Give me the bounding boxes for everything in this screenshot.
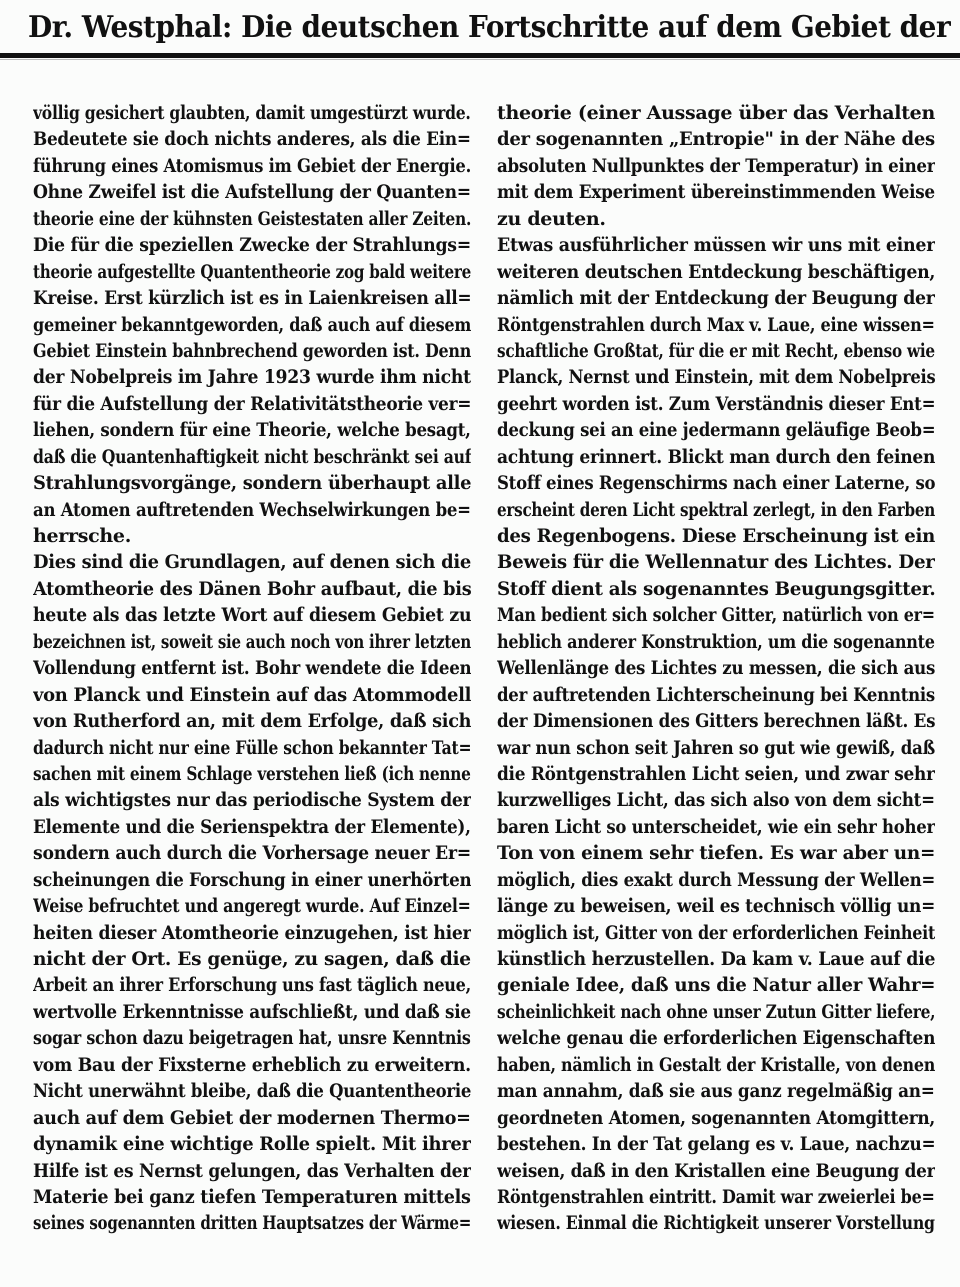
text-line: bestehen. In der Tat gelang es v. Laue, … — [497, 1131, 935, 1157]
text-line: achtung erinnert. Blickt man durch den f… — [497, 444, 935, 470]
text-line: man annahm, daß sie aus ganz regelmäßig … — [497, 1078, 935, 1104]
text-line: herrsche. — [33, 523, 471, 549]
text-line: Gebiet Einstein bahnbrechend geworden is… — [33, 338, 471, 364]
text-line: schaftliche Großtat, für die er mit Rech… — [497, 338, 935, 364]
text-line: scheinlichkeit nach ohne unser Zutun Git… — [497, 999, 935, 1025]
text-line: weiteren deutschen Entdeckung beschäftig… — [497, 259, 935, 285]
text-line: theorie eine der kühnsten Geistestaten a… — [33, 206, 471, 232]
text-line: heblich anderer Konstruktion, um die sog… — [497, 629, 935, 655]
text-line: möglich, dies exakt durch Messung der We… — [497, 867, 935, 893]
text-line: geniale Idee, daß uns die Natur aller Wa… — [497, 972, 935, 998]
text-line: heute als das letzte Wort auf diesem Geb… — [33, 602, 471, 628]
text-line: deckung sei an eine jedermann geläufige … — [497, 417, 935, 443]
text-line: Beweis für die Wellennatur des Lichtes. … — [497, 549, 935, 575]
text-line: wertvolle Erkenntnisse aufschließt, und … — [33, 999, 471, 1025]
text-line: Vollendung entfernt ist. Bohr wendete di… — [33, 655, 471, 681]
text-line: theorie (einer Aussage über das Verhalte… — [497, 100, 935, 126]
text-line: seines sogenannten dritten Hauptsatzes d… — [33, 1210, 471, 1236]
text-line: nämlich mit der Entdeckung der Beugung d… — [497, 285, 935, 311]
text-line: länge zu beweisen, weil es technisch völ… — [497, 893, 935, 919]
text-line: sachen mit einem Schlage verstehen ließ … — [33, 761, 471, 787]
text-line: dadurch nicht nur eine Fülle schon bekan… — [33, 735, 471, 761]
text-line: Röntgenstrahlen durch Max v. Laue, eine … — [497, 312, 935, 338]
text-line: der Dimensionen des Gitters berechnen lä… — [497, 708, 935, 734]
text-line: baren Licht so unterscheidet, wie ein se… — [497, 814, 935, 840]
text-line: erscheint deren Licht spektral zerlegt, … — [497, 497, 935, 523]
text-line: weisen, daß in den Kristallen eine Beugu… — [497, 1158, 935, 1184]
text-line: des Regenbogens. Diese Erscheinung ist e… — [497, 523, 935, 549]
text-line: zu deuten. — [497, 206, 935, 232]
text-line: Röntgenstrahlen eintritt. Damit war zwei… — [497, 1184, 935, 1210]
text-line: nicht der Ort. Es genüge, zu sagen, daß … — [33, 946, 471, 972]
text-line: Dies sind die Grundlagen, auf denen sich… — [33, 549, 471, 575]
text-line: gemeiner bekanntgeworden, daß auch auf d… — [33, 312, 471, 338]
text-line: sogar schon dazu beigetragen hat, unsre … — [33, 1025, 471, 1051]
text-line: künstlich herzustellen. Da kam v. Laue a… — [497, 946, 935, 972]
text-line: möglich ist, Gitter von der erforderlich… — [497, 920, 935, 946]
text-line: scheinungen die Forschung in einer unerh… — [33, 867, 471, 893]
text-line: Bedeutete sie doch nichts anderes, als d… — [33, 126, 471, 152]
text-line: der auftretenden Lichterscheinung bei Ke… — [497, 682, 935, 708]
body-columns: völlig gesichert glaubten, damit umgestü… — [33, 100, 934, 1237]
text-line: der sogenannten „Entropie" in der Nähe d… — [497, 126, 935, 152]
text-line: Arbeit an ihrer Erforschung uns fast täg… — [33, 972, 471, 998]
text-line: führung eines Atomismus im Gebiet der En… — [33, 153, 471, 179]
text-line: auch auf dem Gebiet der modernen Thermo= — [33, 1105, 471, 1131]
text-line: sondern auch durch die Vorhersage neuer … — [33, 840, 471, 866]
text-line: Man bedient sich solcher Gitter, natürli… — [497, 602, 935, 628]
text-line: Weise befruchtet und angeregt wurde. Auf… — [33, 893, 471, 919]
text-line: welche genau die erforderlichen Eigensch… — [497, 1025, 935, 1051]
text-line: Strahlungsvorgänge, sondern überhaupt al… — [33, 470, 471, 496]
page-header: Dr. Westphal: Die deutschen Fortschritte… — [28, 4, 932, 50]
header-rule-shadow — [0, 59, 960, 60]
running-title: Dr. Westphal: Die deutschen Fortschritte… — [28, 10, 960, 45]
text-line: kurzwelliges Licht, das sich also von de… — [497, 787, 935, 813]
text-line: Die für die speziellen Zwecke der Strahl… — [33, 232, 471, 258]
text-line: geehrt worden ist. Zum Verständnis diese… — [497, 391, 935, 417]
text-line: für die Aufstellung der Relativitätstheo… — [33, 391, 471, 417]
text-line: von Rutherford an, mit dem Erfolge, daß … — [33, 708, 471, 734]
text-line: Hilfe ist es Nernst gelungen, das Verhal… — [33, 1158, 471, 1184]
text-line: Atomtheorie des Dänen Bohr aufbaut, die … — [33, 576, 471, 602]
text-line: Stoff eines Regenschirms nach einer Late… — [497, 470, 935, 496]
text-line: absoluten Nullpunktes der Temperatur) in… — [497, 153, 935, 179]
text-line: Nicht unerwähnt bleibe, daß die Quantent… — [33, 1078, 471, 1104]
text-line: Elemente und die Serienspektra der Eleme… — [33, 814, 471, 840]
text-line: dynamik eine wichtige Rolle spielt. Mit … — [33, 1131, 471, 1157]
text-line: als wichtigstes nur das periodische Syst… — [33, 787, 471, 813]
text-line: an Atomen auftretenden Wechselwirkungen … — [33, 497, 471, 523]
text-line: theorie aufgestellte Quantentheorie zog … — [33, 259, 471, 285]
text-line: war nun schon seit Jahren so gut wie gew… — [497, 735, 935, 761]
text-line: Stoff dient als sogenanntes Beugungsgitt… — [497, 576, 935, 602]
text-line: geordneten Atomen, sogenannten Atomgitte… — [497, 1105, 935, 1131]
text-line: liehen, sondern für eine Theorie, welche… — [33, 417, 471, 443]
text-line: Ohne Zweifel ist die Aufstellung der Qua… — [33, 179, 471, 205]
text-line: Etwas ausführlicher müssen wir uns mit e… — [497, 232, 935, 258]
header-rule — [0, 53, 960, 58]
text-line: daß die Quantenhaftigkeit nicht beschrän… — [33, 444, 471, 470]
text-line: völlig gesichert glaubten, damit umgestü… — [33, 100, 471, 126]
text-line: von Planck und Einstein auf das Atommode… — [33, 682, 471, 708]
text-line: Wellenlänge des Lichtes zu messen, die s… — [497, 655, 935, 681]
text-line: die Röntgenstrahlen Licht seien, und zwa… — [497, 761, 935, 787]
text-line: heiten dieser Atomtheorie einzugehen, is… — [33, 920, 471, 946]
text-line: wiesen. Einmal die Richtigkeit unserer V… — [497, 1210, 935, 1236]
text-line: mit dem Experiment übereinstimmenden Wei… — [497, 179, 935, 205]
text-line: haben, nämlich in Gestalt der Kristalle,… — [497, 1052, 935, 1078]
text-line: bezeichnen ist, soweit sie auch noch von… — [33, 629, 471, 655]
text-line: der Nobelpreis im Jahre 1923 wurde ihm n… — [33, 364, 471, 390]
right-column: theorie (einer Aussage über das Verhalte… — [497, 100, 935, 1237]
left-column: völlig gesichert glaubten, damit umgestü… — [33, 100, 471, 1237]
text-line: vom Bau der Fixsterne erheblich zu erwei… — [33, 1052, 471, 1078]
text-line: Ton von einem sehr tiefen. Es war aber u… — [497, 840, 935, 866]
text-line: Planck, Nernst und Einstein, mit dem Nob… — [497, 364, 935, 390]
text-line: Materie bei ganz tiefen Temperaturen mit… — [33, 1184, 471, 1210]
text-line: Kreise. Erst kürzlich ist es in Laienkre… — [33, 285, 471, 311]
